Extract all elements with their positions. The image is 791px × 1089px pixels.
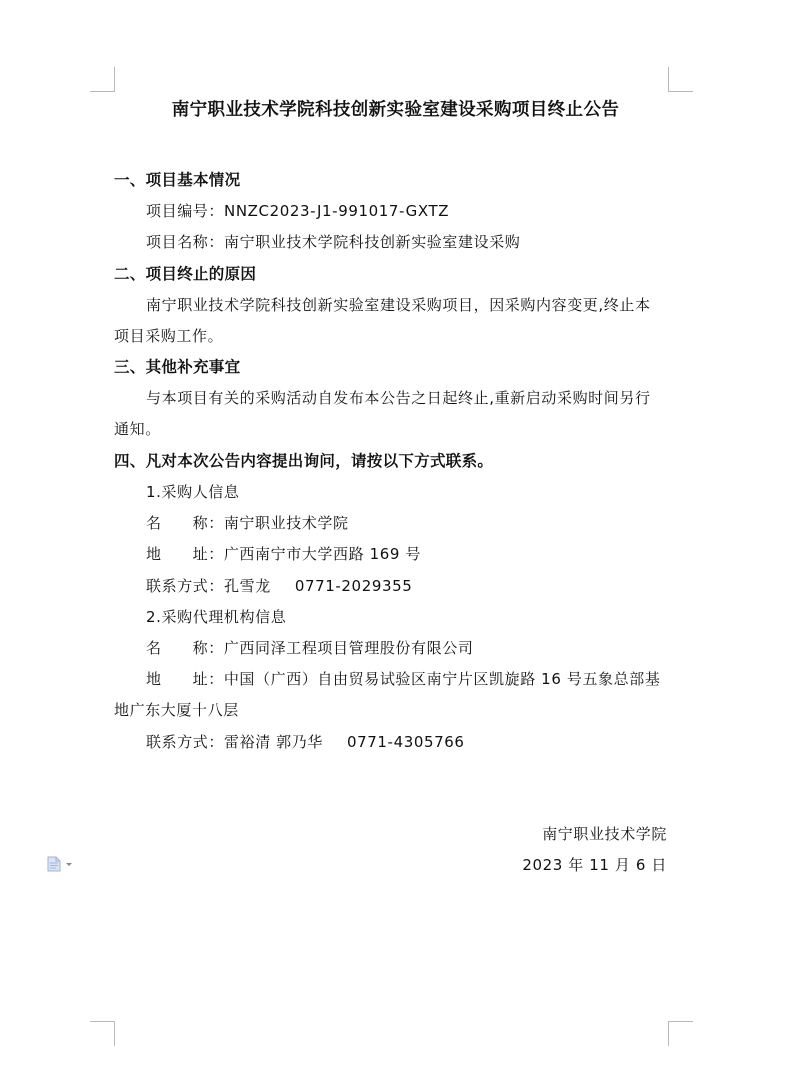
purchaser-name-key-2: 称：	[193, 514, 224, 532]
page-corner-mark-bottom-left	[90, 1021, 115, 1046]
agency-contact-person: 雷裕清 郭乃华	[224, 733, 323, 751]
agency-address-value-line-2: 地广东大厦十八层	[114, 700, 239, 720]
agency-address-row: 地址：中国（广西）自由贸易试验区南宁片区凯旋路 16 号五象总部基	[146, 669, 660, 689]
page-corner-mark-top-right	[668, 67, 693, 92]
page-corner-mark-bottom-right	[668, 1021, 693, 1046]
agency-name-key-2: 称：	[193, 639, 224, 657]
section-2-heading: 二、项目终止的原因	[114, 264, 256, 284]
section-4-heading: 四、凡对本次公告内容提出询问，请按以下方式联系。	[114, 451, 493, 471]
agency-address-key-2: 址：	[193, 670, 224, 688]
purchaser-name-key-1: 名	[146, 514, 162, 532]
purchaser-address-row: 地址：广西南宁市大学西路 169 号	[146, 544, 421, 564]
purchaser-info-label: 1.采购人信息	[146, 482, 240, 502]
agency-name-key-1: 名	[146, 639, 162, 657]
project-number: 项目编号：NNZC2023-J1-991017-GXTZ	[146, 201, 449, 221]
termination-reason-line-2: 项目采购工作。	[114, 326, 223, 346]
project-name: 项目名称：南宁职业技术学院科技创新实验室建设采购	[146, 232, 520, 252]
supplementary-line-2: 通知。	[114, 419, 161, 439]
agency-contact-key: 联系方式：	[146, 733, 224, 751]
purchaser-address-key-2: 址：	[193, 545, 224, 563]
signature-organization: 南宁职业技术学院	[542, 824, 667, 844]
page-corner-mark-top-left	[90, 67, 115, 92]
section-3-heading: 三、其他补充事宜	[114, 357, 240, 377]
purchaser-address-key-1: 地	[146, 545, 162, 563]
purchaser-name-row: 名称：南宁职业技术学院	[146, 513, 349, 533]
agency-info-label: 2.采购代理机构信息	[146, 607, 286, 627]
agency-name-value: 广西同泽工程项目管理股份有限公司	[224, 639, 474, 657]
document-icon	[47, 856, 75, 872]
agency-contact-row: 联系方式：雷裕清 郭乃华0771-4305766	[146, 732, 465, 752]
agency-name-row: 名称：广西同泽工程项目管理股份有限公司	[146, 638, 473, 658]
purchaser-contact-row: 联系方式：孔雪龙0771-2029355	[146, 576, 412, 596]
document-title: 南宁职业技术学院科技创新实验室建设采购项目终止公告	[0, 100, 791, 120]
purchaser-address-value: 广西南宁市大学西路 169 号	[224, 545, 421, 563]
supplementary-line-1: 与本项目有关的采购活动自发布本公告之日起终止,重新启动采购时间另行	[146, 388, 651, 408]
document-options-button[interactable]	[47, 856, 75, 872]
agency-address-key-1: 地	[146, 670, 162, 688]
section-1-heading: 一、项目基本情况	[114, 170, 240, 190]
purchaser-contact-key: 联系方式：	[146, 577, 224, 595]
chevron-down-icon	[66, 863, 72, 866]
purchaser-contact-person: 孔雪龙	[224, 577, 271, 595]
purchaser-name-value: 南宁职业技术学院	[224, 514, 349, 532]
agency-contact-phone: 0771-4305766	[347, 733, 465, 751]
signature-date: 2023 年 11 月 6 日	[522, 855, 667, 875]
termination-reason-line-1: 南宁职业技术学院科技创新实验室建设采购项目，因采购内容变更,终止本	[146, 295, 668, 315]
purchaser-contact-phone: 0771-2029355	[295, 577, 413, 595]
agency-address-value-line-1: 中国（广西）自由贸易试验区南宁片区凯旋路 16 号五象总部基	[224, 670, 661, 688]
